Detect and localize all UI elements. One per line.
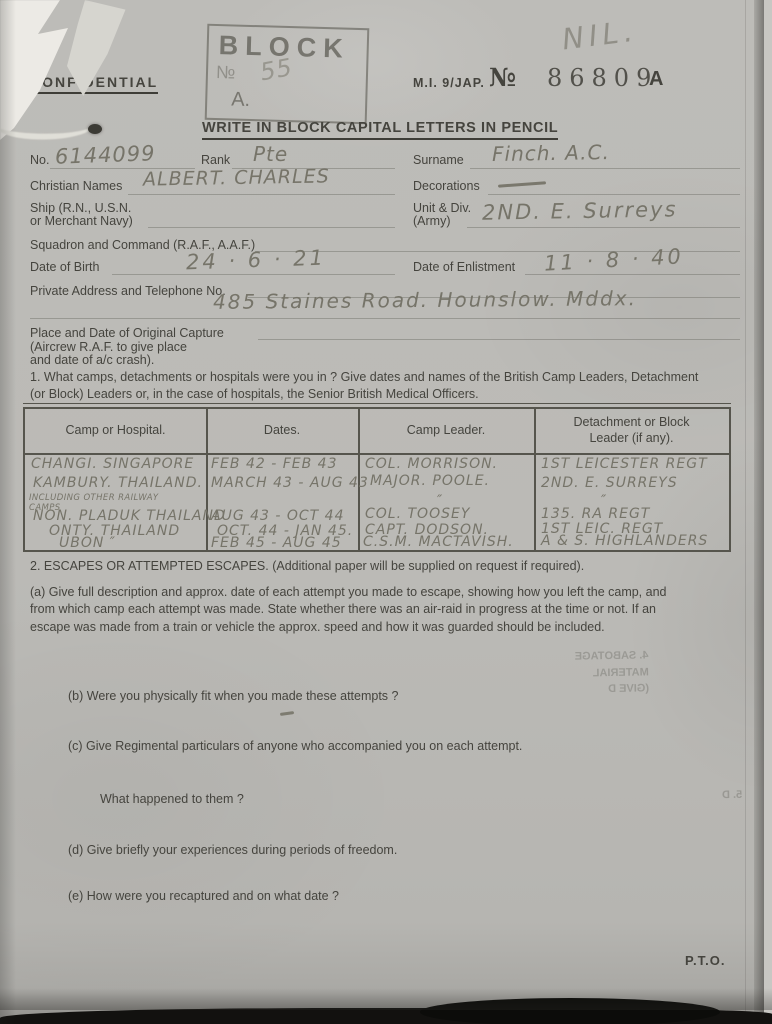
question-2b-text: (b) Were you physically fit when you mad… <box>68 688 718 705</box>
field-decorations-line <box>488 193 740 195</box>
field-no-value: 6144099 <box>55 141 156 168</box>
field-unit-value: 2ND. E. Surreys <box>482 197 678 224</box>
question-2c-text: (c) Give Regimental particulars of anyon… <box>68 738 718 755</box>
field-ship-line <box>148 226 395 228</box>
question-2c-followup-text: What happened to them ? <box>100 791 500 808</box>
field-rank-value: Pte <box>253 142 288 166</box>
section-2a-text: (a) Give full description and approx. da… <box>30 584 750 636</box>
table-header-rule <box>25 453 729 455</box>
table-cell-dates-5: FEB 45 - AUG 45 <box>211 535 342 551</box>
field-rank-label: Rank <box>201 153 230 167</box>
section-2-heading: 2. ESCAPES OR ATTEMPTED ESCAPES. (Additi… <box>30 558 750 575</box>
page-right-edge-shadow <box>754 0 764 1024</box>
field-christian-names-value: ALBERT. CHARLES <box>143 165 330 190</box>
field-unit-line <box>467 226 740 228</box>
field-address-label: Private Address and Telephone No. <box>30 284 226 298</box>
scanned-form-page: CONFIDENTIAL BLOCK № 55 A. NIL. M.I. 9/J… <box>0 0 772 1024</box>
next-page-edge <box>764 0 772 1024</box>
table-cell-leader-0: COL. MORRISON. <box>365 456 498 472</box>
table-cell-dates-1: MARCH 43 - AUG 43 <box>211 475 369 491</box>
paper-bottom-shading <box>0 988 772 1010</box>
table-cell-camp-1: KAMBURY. THAILAND. <box>33 475 203 491</box>
field-ship-label-2: or Merchant Navy) <box>30 214 133 228</box>
pto-footer-label: P.T.O. <box>685 953 725 968</box>
table-cell-leader-5: C.S.M. MACTAVISH. <box>363 534 514 550</box>
field-capture-line <box>258 338 740 340</box>
torn-paper-streak <box>58 0 148 120</box>
field-surname-value: Finch. A.C. <box>492 140 610 166</box>
table-cell-camp-3: NON. PLADUK THAILAND <box>33 508 226 524</box>
table-cell-detachment-3: 135. RA REGT <box>541 506 650 522</box>
field-capture-label-1: Place and Date of Original Capture <box>30 326 224 340</box>
paper-left-edge-shading <box>0 0 16 1024</box>
field-christian-names-label: Christian Names <box>30 179 122 193</box>
question-2d-text: (d) Give briefly your experiences during… <box>68 842 718 859</box>
decorations-dash-mark <box>498 181 546 187</box>
block-stamp-no-label: № <box>216 62 236 84</box>
table-cell-detachment-5: A & S. HIGHLANDERS <box>541 533 708 549</box>
table-cell-dates-0: FEB 42 - FEB 43 <box>211 456 338 472</box>
pencil-dash-mark <box>280 711 294 715</box>
field-enlistment-label: Date of Enlistment <box>413 260 515 274</box>
table-header-camp: Camp or Hospital. <box>25 409 206 453</box>
field-unit-label-2: (Army) <box>413 214 451 228</box>
field-enlistment-line <box>525 273 740 275</box>
camps-table: Camp or Hospital. Dates. Camp Leader. De… <box>23 407 731 552</box>
form-serial-suffix: A <box>649 68 663 91</box>
block-capitals-instruction: WRITE IN BLOCK CAPITAL LETTERS IN PENCIL <box>202 120 558 140</box>
field-surname-label: Surname <box>413 153 464 167</box>
field-dob-label: Date of Birth <box>30 260 99 274</box>
form-serial-number: 86809 <box>547 64 658 92</box>
field-address-value: 485 Staines Road. Hounslow. Mddx. <box>213 286 637 314</box>
table-cell-dates-3: AUG 43 - OCT 44 <box>211 508 345 524</box>
question-1-text: 1. What camps, detachments or hospitals … <box>30 369 746 404</box>
table-top-rule <box>23 402 731 404</box>
table-cell-leader-1: MAJOR. POOLE. <box>370 473 490 489</box>
table-cell-leader-3: COL. TOOSEY <box>365 506 470 522</box>
field-surname-line <box>470 167 740 169</box>
bleed-through-five-text: 5. D <box>722 788 742 804</box>
table-cell-detachment-1: 2ND. E. SURREYS <box>541 475 678 491</box>
table-header-detachment: Detachment or Block Leader (if any). <box>534 409 729 453</box>
field-address-line-2 <box>30 317 740 319</box>
field-no-label: No. <box>30 153 49 167</box>
table-header-leader: Camp Leader. <box>358 409 534 453</box>
table-cell-detachment-0: 1ST LEICESTER REGT <box>541 456 708 472</box>
block-stamp: BLOCK № 55 A. <box>205 24 370 124</box>
field-dob-value: 24 · 6 · 21 <box>186 246 327 275</box>
field-capture-label-3: and date of a/c crash). <box>30 353 154 367</box>
table-cell-camp-0: CHANGI. SINGAPORE <box>31 456 194 472</box>
block-stamp-number: 55 <box>258 53 295 86</box>
punch-hole <box>88 124 102 134</box>
field-dob-line <box>112 273 395 275</box>
block-stamp-letter: A. <box>231 88 251 112</box>
nil-pencil-note: NIL. <box>560 14 639 57</box>
page-crease-line <box>745 0 746 1024</box>
question-2e-text: (e) How were you recaptured and on what … <box>68 888 718 905</box>
table-header-dates: Dates. <box>206 409 358 453</box>
table-cell-camp-5: UBON ″ <box>59 535 116 551</box>
field-christian-names-line <box>128 193 395 195</box>
field-decorations-label: Decorations <box>413 179 480 193</box>
mi9-no-symbol: № <box>489 63 516 92</box>
mi9-dept-label: M.I. 9/JAP. <box>413 76 485 90</box>
